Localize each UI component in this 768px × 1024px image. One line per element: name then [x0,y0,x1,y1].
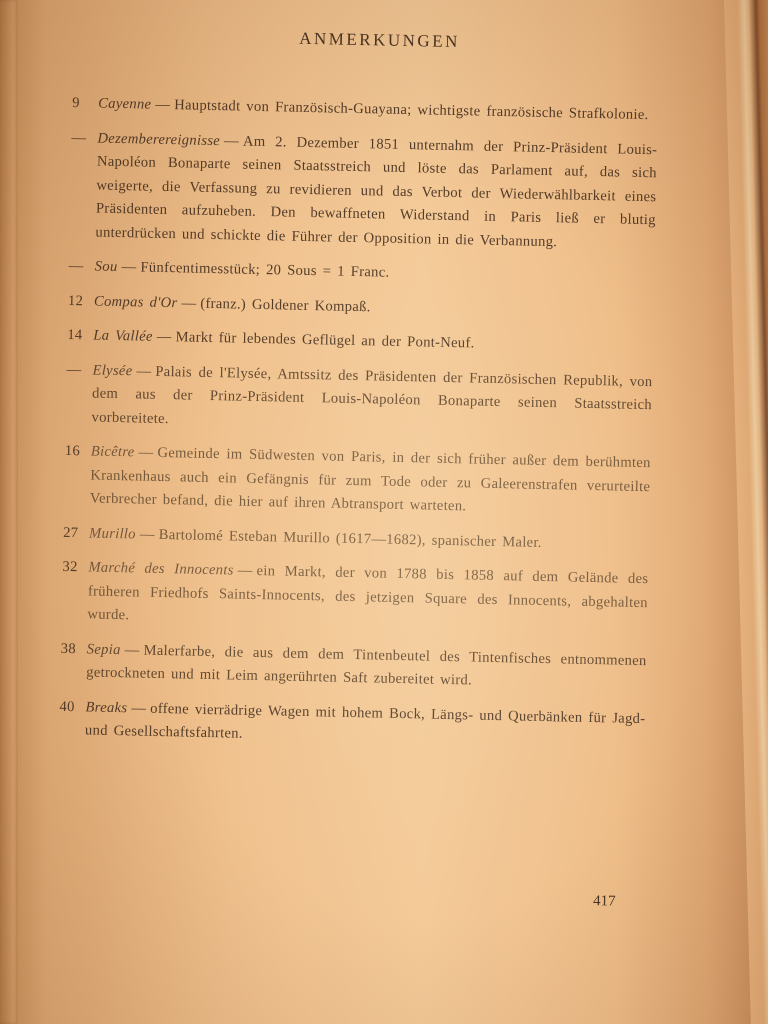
note-page-ref: — [68,255,92,279]
note-page-ref: 14 [67,324,91,348]
note-page-ref: 40 [59,695,83,719]
note-term: La Vallée [93,327,153,344]
note-term: Breaks [85,699,127,716]
note-term: Sou [95,259,118,275]
page-number: 417 [593,893,616,910]
note-term: Dezemberereignisse [97,130,220,149]
note-text: Fünfcentimesstück; 20 Sous = 1 Franc. [140,259,389,280]
note-term: Bicêtre [91,443,135,460]
note-term: Sepia [87,641,121,658]
note-term: Cayenne [98,96,151,113]
note-entry: 16Bicêtre—Gemeinde im Südwesten von Pari… [50,440,651,523]
note-dash: — [181,295,196,311]
book-photo: ANMERKUNGEN 9Cayenne—Hauptstadt von Fran… [0,0,768,1024]
previous-page-edge [0,0,18,1024]
note-entry: 32Marché des Innocents—ein Markt, der vo… [47,556,648,639]
note-entry: 9Cayenne—Hauptstadt von Französisch-Guay… [58,92,658,128]
note-term: Marché des Innocents [88,559,234,578]
note-page-ref: 32 [62,556,86,580]
note-dash: — [124,642,139,658]
note-page-ref: — [66,358,90,382]
running-head: ANMERKUNGEN [99,25,659,57]
note-dash: — [140,526,155,542]
note-page-ref: 16 [65,440,89,464]
note-text: (franz.) Goldener Kompaß. [200,295,371,315]
note-entry: —Sou—Fünfcentimesstück; 20 Sous = 1 Fran… [54,255,654,291]
note-entry: 14La Vallée—Markt für lebendes Geflügel … [53,324,653,360]
note-entry: 40Breaks—offene vierrädrige Wagen mit ho… [45,695,646,755]
note-term: Elysée [92,362,132,379]
note-entry: 38Sepia—Malerfarbe, die aus dem dem Tint… [46,637,647,697]
note-text: Bartolomé Esteban Murillo (1617—1682), s… [159,526,542,550]
book-page: ANMERKUNGEN 9Cayenne—Hauptstadt von Fran… [41,12,660,944]
note-entry: 27Murillo—Bartolomé Esteban Murillo (161… [49,521,649,557]
note-entry: —Dezemberereignisse—Am 2. Dezember 1851 … [55,126,657,256]
note-text: Hauptstadt von Französisch-Guayana; wich… [174,97,649,123]
note-text: offene vierrädrige Wagen mit hohem Bock,… [85,700,646,741]
note-dash: — [157,329,172,345]
note-dash: — [224,133,239,149]
note-dash: — [238,563,253,579]
note-text: Markt für lebendes Geflügel an der Pont-… [175,329,474,351]
note-dash: — [138,444,153,460]
note-dash: — [155,97,170,113]
note-dash: — [136,363,151,379]
note-text: Am 2. Dezember 1851 unternahm der Prinz-… [95,133,657,250]
note-text: Palais de l'Elysée, Amtssitz des Präside… [91,363,652,426]
note-page-ref: 38 [60,637,84,661]
note-term: Murillo [89,525,136,542]
note-dash: — [121,259,136,275]
note-dash: — [131,700,146,716]
note-page-ref: 9 [72,92,96,116]
note-text: Malerfarbe, die aus dem dem Tintenbeutel… [86,642,647,688]
note-page-ref: — [71,126,95,150]
note-entry: —Elysée—Palais de l'Elysée, Amtssitz des… [51,358,652,441]
note-text: Gemeinde im Südwesten von Paris, in der … [90,445,651,514]
note-entry: 12Compas d'Or—(franz.) Goldener Kompaß. [54,289,654,325]
notes-list: 9Cayenne—Hauptstadt von Französisch-Guay… [45,92,658,755]
note-term: Compas d'Or [94,293,178,311]
note-page-ref: 12 [68,289,92,313]
note-page-ref: 27 [63,521,87,545]
book-binding-edge [724,0,768,1024]
